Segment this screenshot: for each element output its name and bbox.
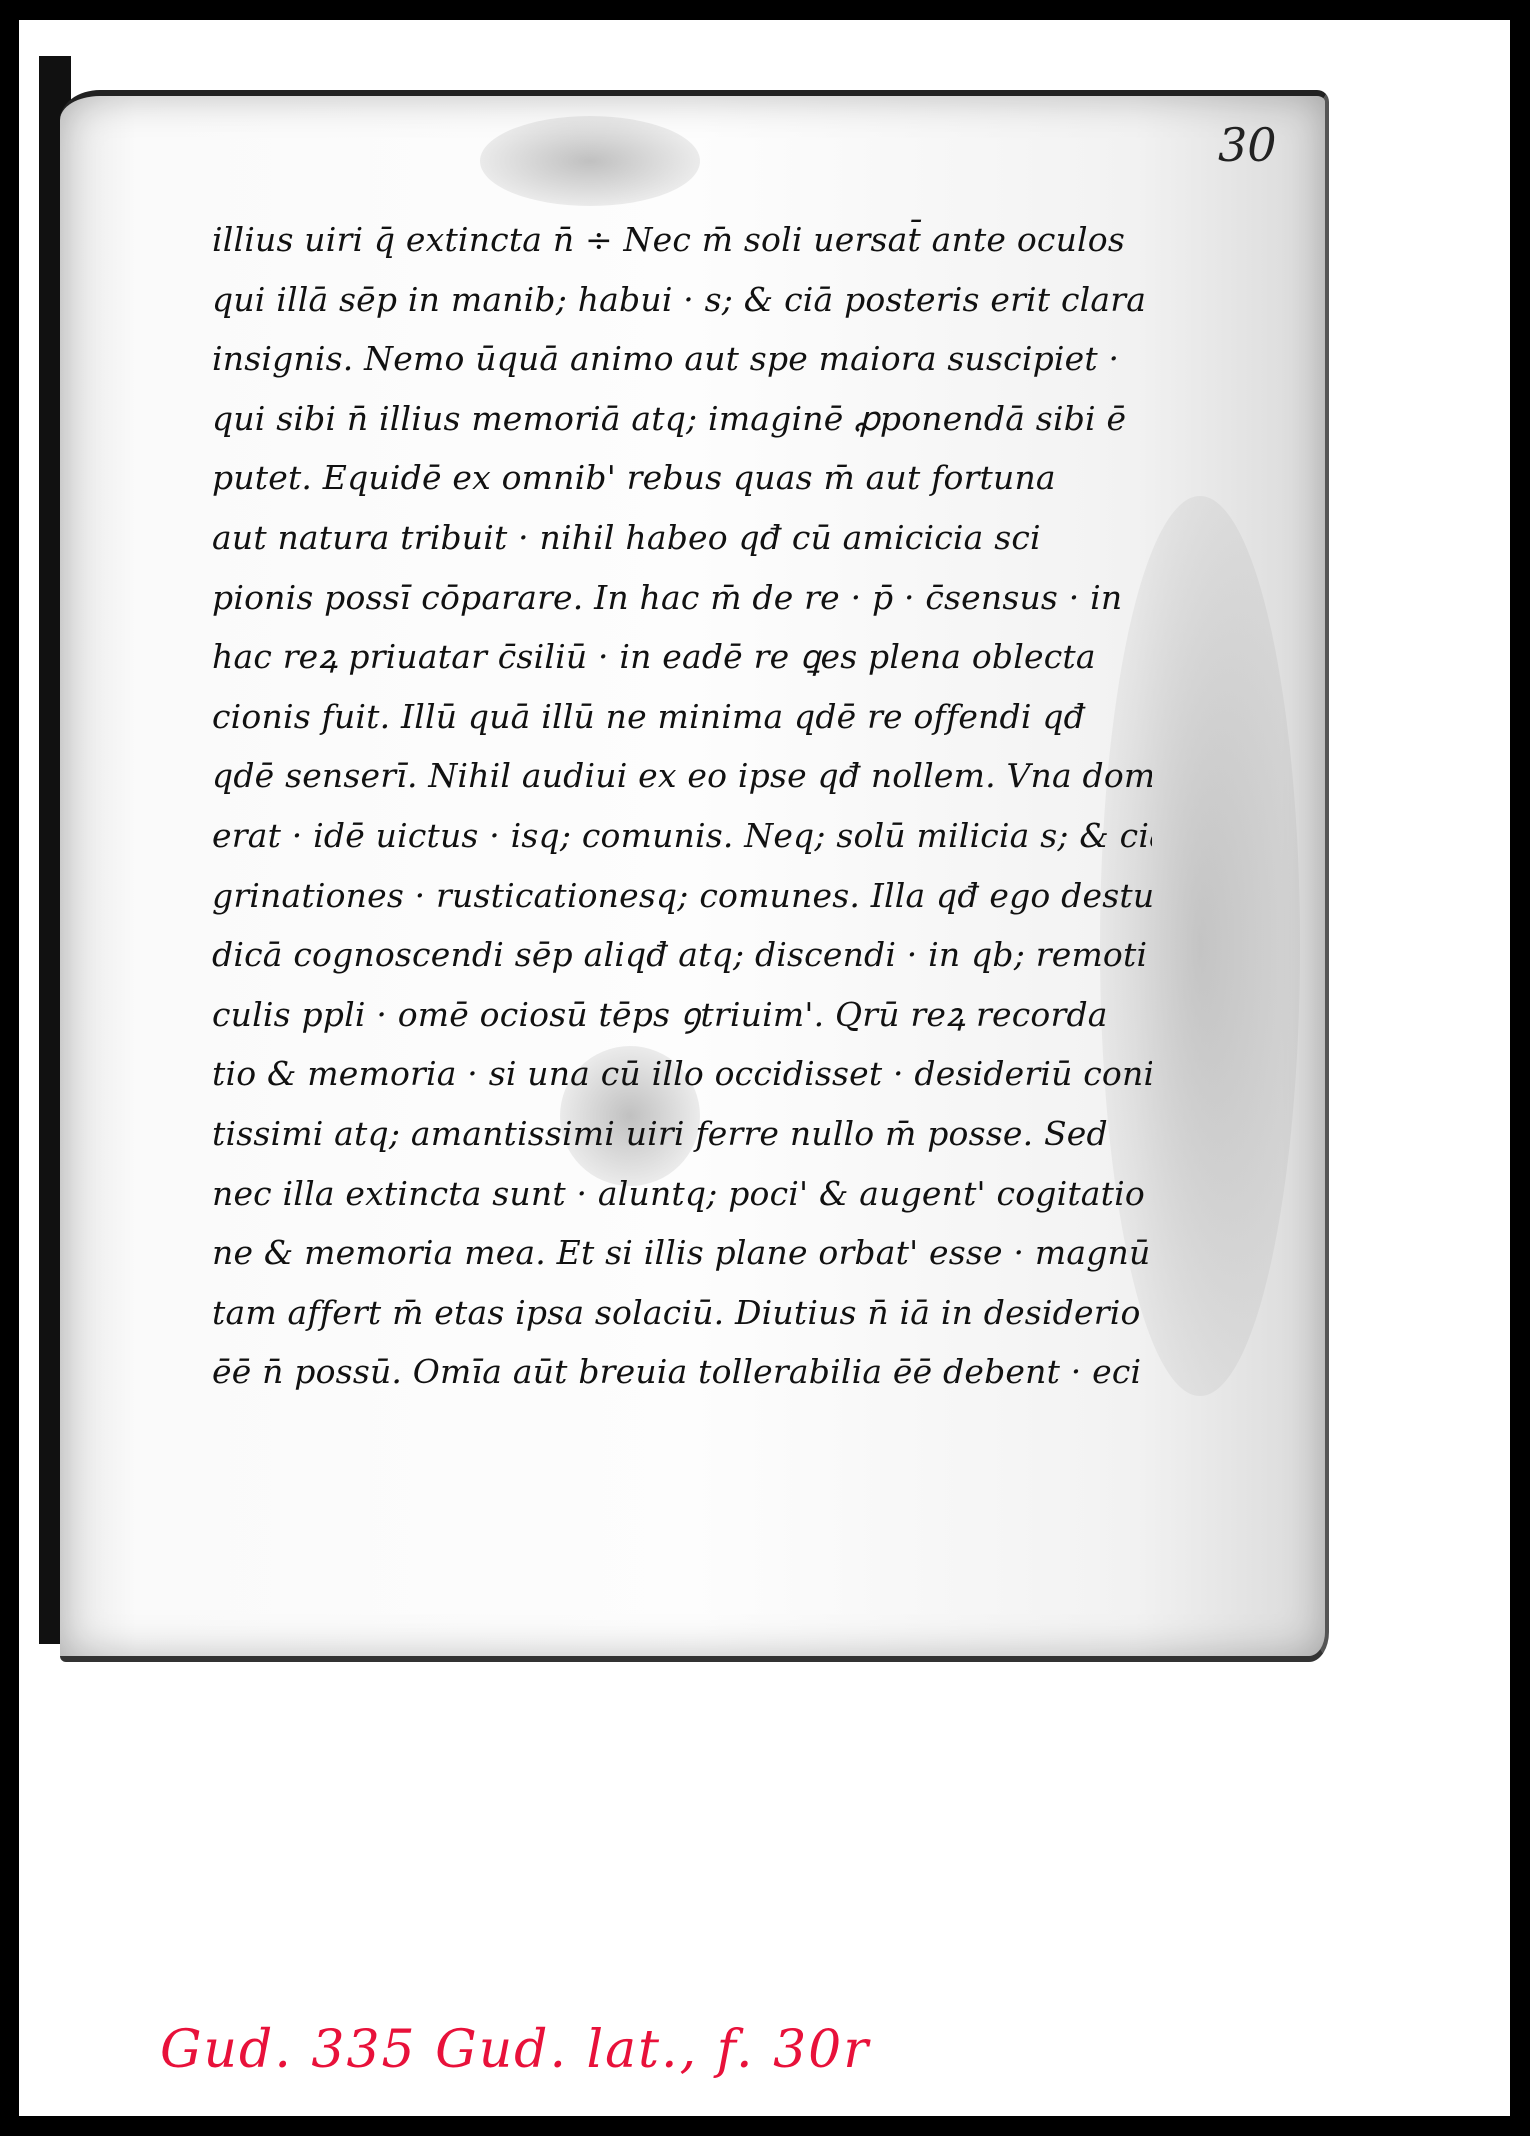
text-line: insignis. Nemo ūquā animo aut spe maiora… [212, 329, 1152, 389]
text-line: pionis possī cōparare. In hac m̄ de re ·… [212, 568, 1152, 628]
text-line: qui sibi n̄ illius memoriā atq; imaginē … [212, 389, 1152, 449]
text-line: ēē n̄ possū. Omīa aūt breuia tollerabili… [212, 1342, 1152, 1402]
text-line: aut natura tribuit · nihil habeo qđ cū a… [212, 508, 1152, 568]
text-line: cionis fuit. Illū quā illū ne minima qdē… [212, 687, 1152, 747]
text-line: ne & memoria mea. Et si illis plane orba… [212, 1223, 1152, 1283]
text-line: tissimi atq; amantissimi uiri ferre null… [212, 1104, 1152, 1164]
text-line: tam affert m̄ etas ipsa solaciū. Diutius… [212, 1283, 1152, 1343]
stain [480, 116, 700, 206]
text-line: grinationes · rusticationesq; comunes. I… [212, 866, 1152, 926]
text-line: dicā cognoscendi sēp aliqđ atq; discendi… [212, 925, 1152, 985]
folio-number: 30 [1218, 118, 1277, 172]
text-line: culis ppli · omē ociosū tēps ꝯtriuim'. Q… [212, 985, 1152, 1045]
text-line: nec illa extincta sunt · aluntq; poci' &… [212, 1164, 1152, 1224]
text-line: qdē senserī. Nihil audiui ex eo ipse qđ … [212, 746, 1152, 806]
manuscript-text: illius uiri q̄ extincta n̄ ÷ Nec m̄ soli… [212, 210, 1152, 1402]
text-line: illius uiri q̄ extincta n̄ ÷ Nec m̄ soli… [212, 210, 1152, 270]
text-line: putet. Equidē ex omnib' rebus quas m̄ au… [212, 448, 1152, 508]
text-line: qui illā sēp in manib; habui · s; & ciā … [212, 270, 1152, 330]
text-line: hac reꝝ priuatar c̄siliū · in eadē re ꝗe… [212, 627, 1152, 687]
text-line: tio & memoria · si una cū illo occidisse… [212, 1044, 1152, 1104]
text-line: erat · idē uictus · isq; comunis. Neq; s… [212, 806, 1152, 866]
shelfmark-annotation: Gud. 335 Gud. lat., f. 30r [160, 2020, 870, 2080]
